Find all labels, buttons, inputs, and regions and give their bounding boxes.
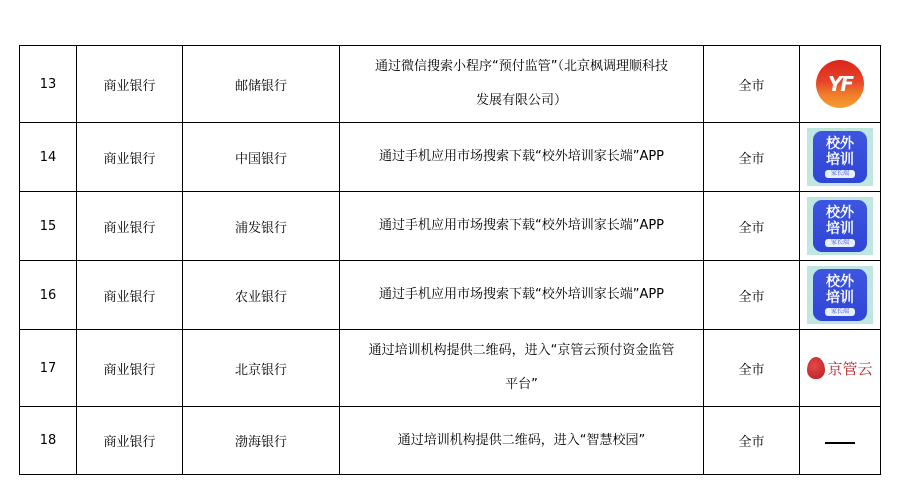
access-method-line: 通过培训机构提供二维码，进入“京管云预付资金监管: [340, 334, 703, 368]
logo-subtext: 家长端: [825, 239, 855, 247]
row-number: 14: [20, 123, 77, 192]
logo-text: 京管云: [827, 358, 872, 379]
coverage-scope: 全市: [704, 330, 800, 407]
table-row: 14 商业银行 中国银行 通过手机应用市场搜索下载“校外培训家长端”APP 全市…: [20, 123, 881, 192]
access-method-line: 通过手机应用市场搜索下载“校外培训家长端”APP: [340, 209, 703, 243]
row-number: 18: [20, 407, 77, 475]
row-number: 13: [20, 46, 77, 123]
table-row: 13 商业银行 邮储银行 通过微信搜索小程序“预付监管”（北京枫调理顺科技 发展…: [20, 46, 881, 123]
logo-text: 培训: [826, 152, 854, 168]
app-icon-cell: YF: [800, 46, 881, 123]
bank-name: 渤海银行: [183, 407, 340, 475]
coverage-scope: 全市: [704, 261, 800, 330]
bank-name: 北京银行: [183, 330, 340, 407]
table-row: 18 商业银行 渤海银行 通过培训机构提供二维码，进入“智慧校园” 全市: [20, 407, 881, 475]
access-method: 通过培训机构提供二维码，进入“京管云预付资金监管 平台”: [340, 330, 704, 407]
yf-app-logo-icon: YF: [816, 60, 864, 108]
access-method: 通过手机应用市场搜索下载“校外培训家长端”APP: [340, 261, 704, 330]
bank-name: 中国银行: [183, 123, 340, 192]
table-row: 17 商业银行 北京银行 通过培训机构提供二维码，进入“京管云预付资金监管 平台…: [20, 330, 881, 407]
logo-text: 培训: [826, 221, 854, 237]
access-method-line: 通过手机应用市场搜索下载“校外培训家长端”APP: [340, 278, 703, 312]
access-method: 通过手机应用市场搜索下载“校外培训家长端”APP: [340, 123, 704, 192]
app-icon-cell: 京管云: [800, 330, 881, 407]
bank-type: 商业银行: [77, 261, 183, 330]
app-icon-cell: [800, 407, 881, 475]
logo-subtext: 家长端: [825, 308, 855, 316]
row-number: 15: [20, 192, 77, 261]
bank-name: 浦发银行: [183, 192, 340, 261]
logo-text: 校外: [826, 205, 854, 221]
row-number: 17: [20, 330, 77, 407]
bank-supervision-table: 13 商业银行 邮储银行 通过微信搜索小程序“预付监管”（北京枫调理顺科技 发展…: [19, 45, 881, 475]
app-icon-cell: 校外 培训 家长端: [800, 192, 881, 261]
logo-subtext: 家长端: [825, 170, 855, 178]
logo-text: 校外: [826, 274, 854, 290]
coverage-scope: 全市: [704, 46, 800, 123]
coverage-scope: 全市: [704, 123, 800, 192]
app-icon-cell: 校外 培训 家长端: [800, 261, 881, 330]
bank-type: 商业银行: [77, 46, 183, 123]
row-number: 16: [20, 261, 77, 330]
access-method-line: 通过微信搜索小程序“预付监管”（北京枫调理顺科技: [340, 50, 703, 84]
bank-type: 商业银行: [77, 123, 183, 192]
coverage-scope: 全市: [704, 407, 800, 475]
red-drop-icon: [807, 357, 825, 379]
access-method-line: 通过培训机构提供二维码，进入“智慧校园”: [340, 424, 703, 458]
logo-text: 培训: [826, 290, 854, 306]
table-row: 16 商业银行 农业银行 通过手机应用市场搜索下载“校外培训家长端”APP 全市…: [20, 261, 881, 330]
jingguanyun-logo-icon: 京管云: [807, 357, 872, 379]
bank-name: 邮储银行: [183, 46, 340, 123]
bank-type: 商业银行: [77, 407, 183, 475]
bank-type: 商业银行: [77, 330, 183, 407]
access-method: 通过手机应用市场搜索下载“校外培训家长端”APP: [340, 192, 704, 261]
xiaowai-peixun-app-logo-icon: 校外 培训 家长端: [807, 128, 873, 186]
access-method-line: 平台”: [340, 368, 703, 402]
table-row: 15 商业银行 浦发银行 通过手机应用市场搜索下载“校外培训家长端”APP 全市…: [20, 192, 881, 261]
bank-type: 商业银行: [77, 192, 183, 261]
app-icon-cell: 校外 培训 家长端: [800, 123, 881, 192]
logo-text: 校外: [826, 136, 854, 152]
bank-name: 农业银行: [183, 261, 340, 330]
xiaowai-peixun-app-logo-icon: 校外 培训 家长端: [807, 266, 873, 324]
access-method-line: 通过手机应用市场搜索下载“校外培训家长端”APP: [340, 140, 703, 174]
xiaowai-peixun-app-logo-icon: 校外 培训 家长端: [807, 197, 873, 255]
none-dash-icon: [825, 442, 855, 444]
access-method: 通过培训机构提供二维码，进入“智慧校园”: [340, 407, 704, 475]
access-method-line: 发展有限公司）: [340, 84, 703, 118]
access-method: 通过微信搜索小程序“预付监管”（北京枫调理顺科技 发展有限公司）: [340, 46, 704, 123]
coverage-scope: 全市: [704, 192, 800, 261]
